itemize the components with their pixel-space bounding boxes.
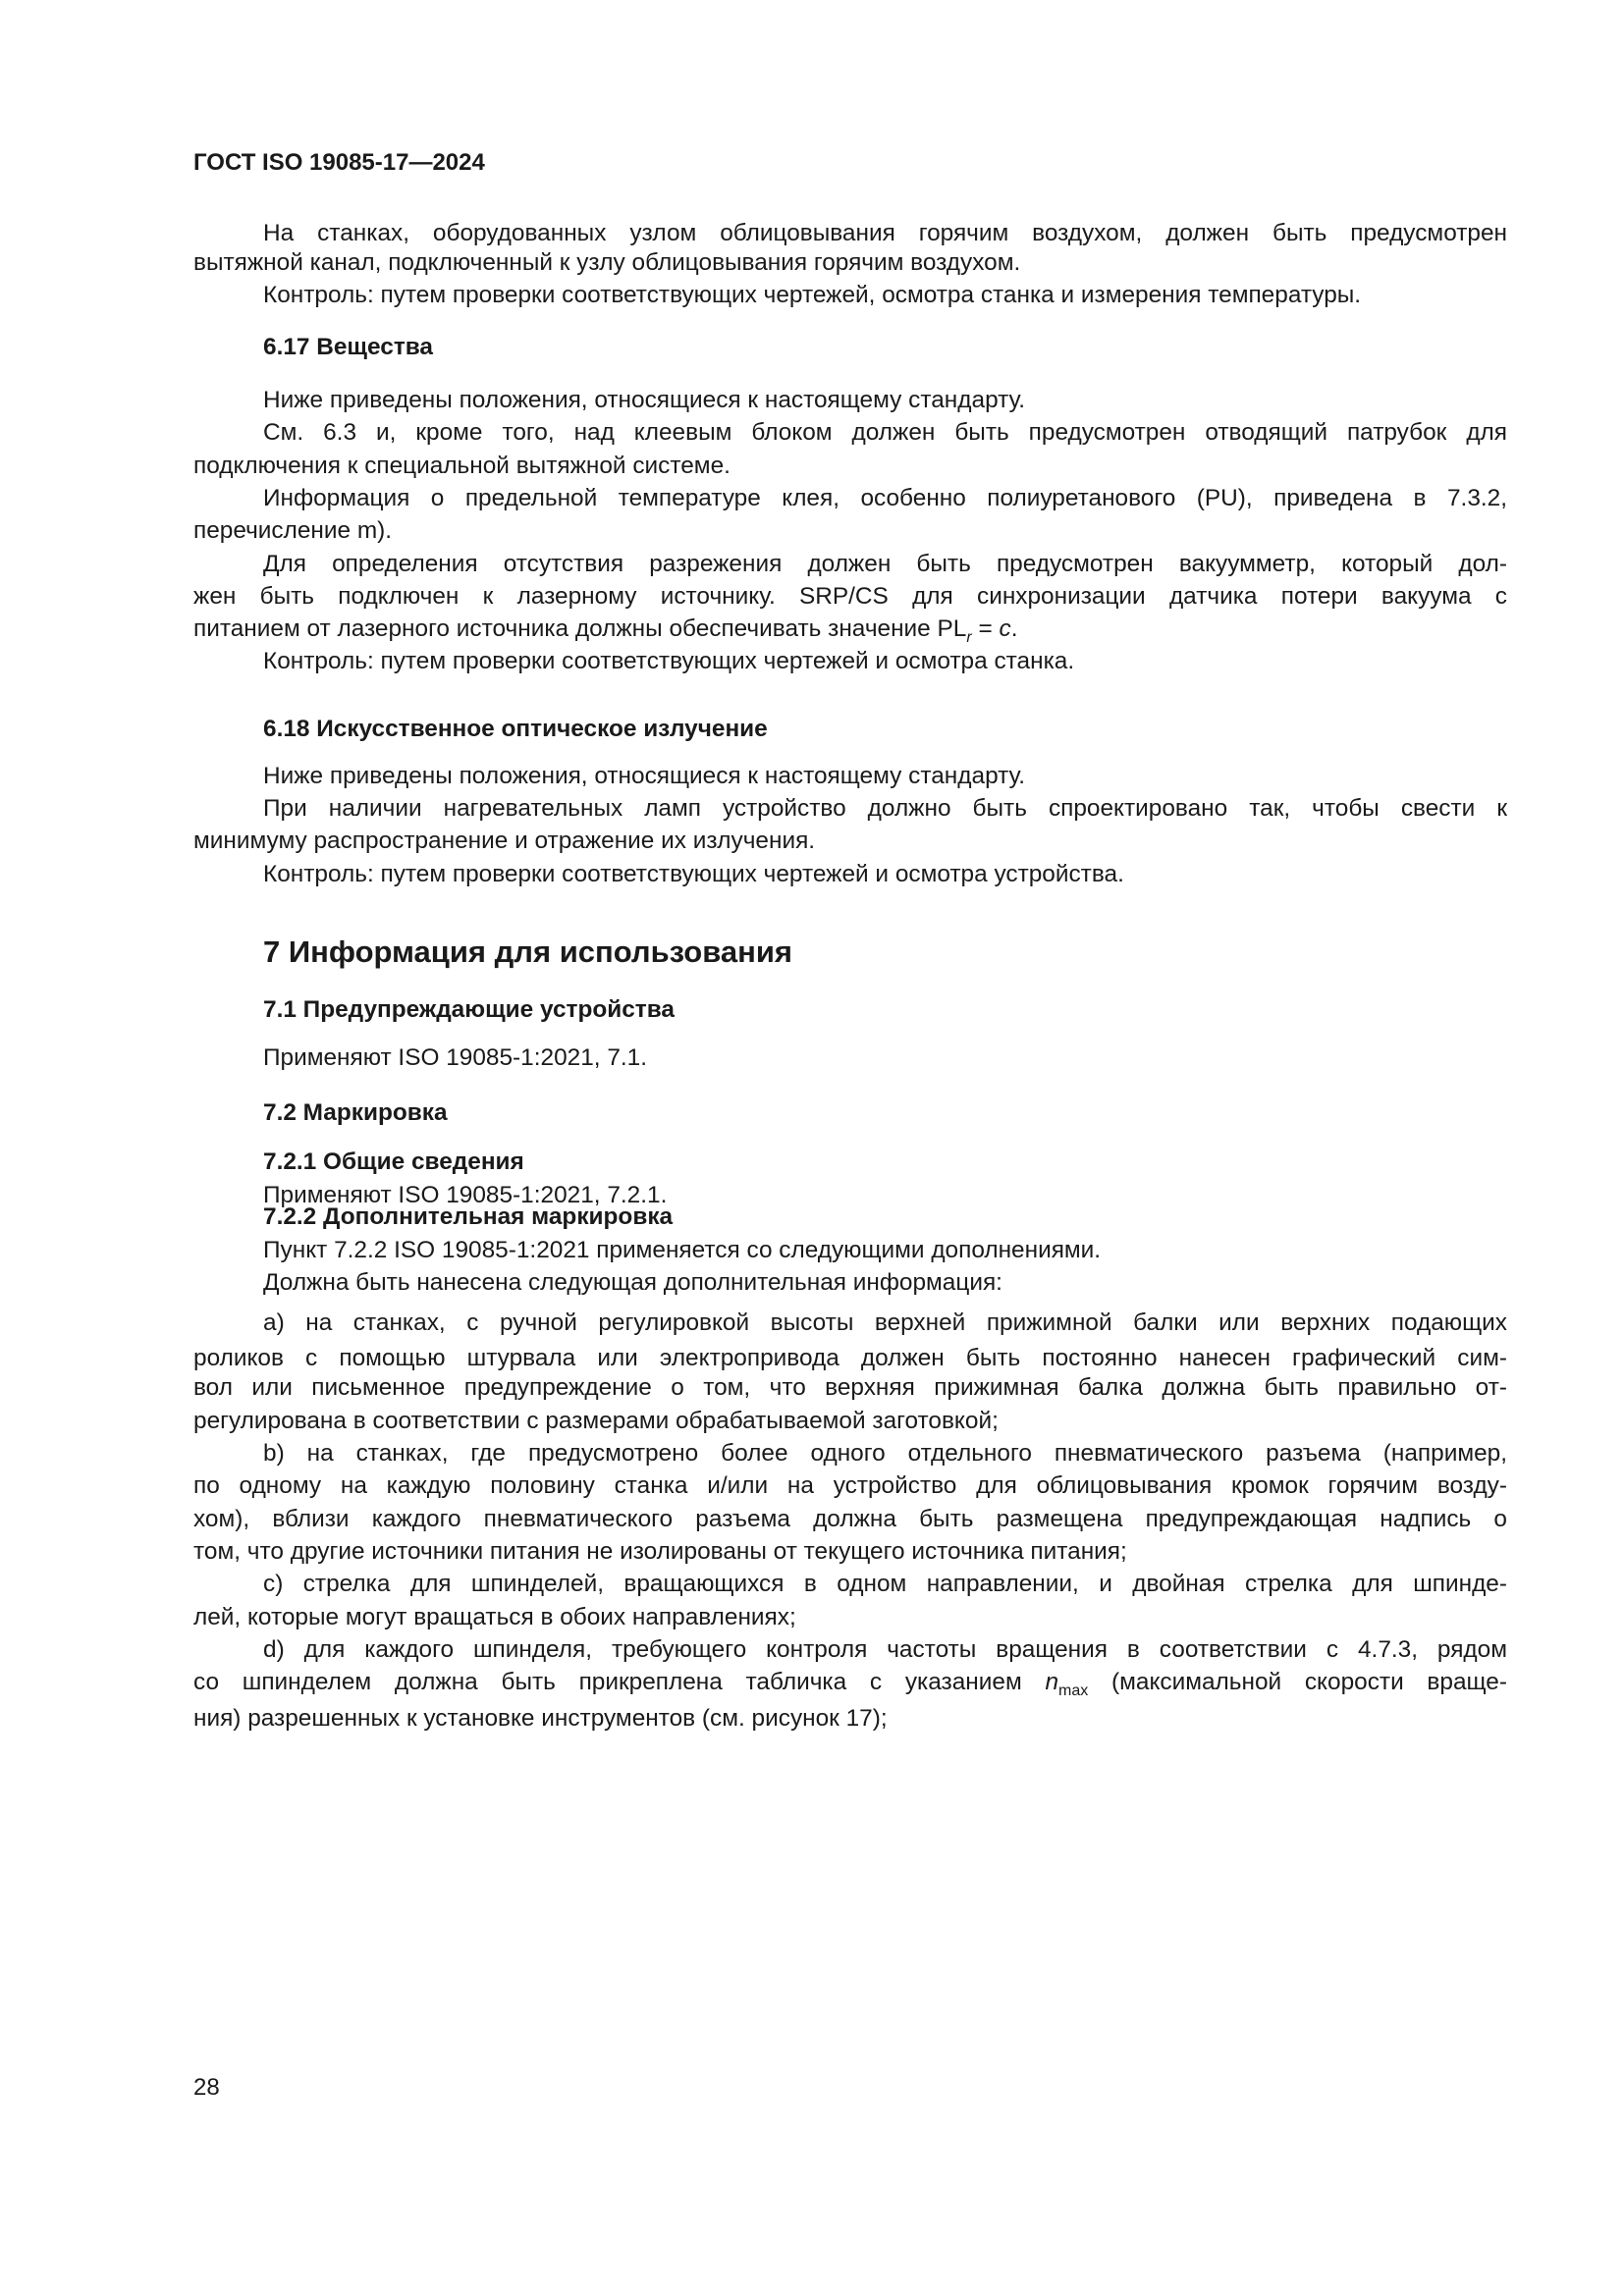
paragraph-line: питанием от лазерного источника должны о… — [193, 615, 1507, 643]
list-item-b: b) на станках, где предусмотрено более о… — [263, 1440, 1507, 1468]
paragraph-line: Контроль: путем проверки соответствующих… — [263, 282, 1507, 309]
paragraph-line: При наличии нагревательных ламп устройст… — [263, 795, 1507, 823]
section-heading-7-1: 7.1 Предупреждающие устройства — [263, 996, 675, 1024]
paragraph-line: Для определения отсутствия разрежения до… — [263, 551, 1507, 578]
document-page: ГОСТ ISO 19085-17—2024 На станках, обору… — [0, 0, 1624, 2296]
paragraph-line: Пункт 7.2.2 ISO 19085-1:2021 применяется… — [263, 1237, 1507, 1264]
paragraph-line: том, что другие источники питания не изо… — [193, 1538, 1507, 1566]
pl-end: . — [1011, 615, 1018, 642]
nmax-after: (максимальной скорости враще- — [1088, 1669, 1507, 1695]
paragraph-line: См. 6.3 и, кроме того, над клеевым блоко… — [263, 419, 1507, 447]
section-heading-6-18: 6.18 Искусственное оптическое излучение — [263, 716, 768, 743]
paragraph-line: Контроль: путем проверки соответствующих… — [263, 648, 1507, 675]
paragraph-line: лей, которые могут вращаться в обоих нап… — [193, 1604, 1507, 1631]
paragraph-line: Ниже приведены положения, относящиеся к … — [263, 763, 1507, 790]
paragraph-line: Ниже приведены положения, относящиеся к … — [263, 387, 1507, 414]
paragraph-line: Контроль: путем проверки соответствующих… — [263, 861, 1507, 888]
list-item-a: a) на станках, с ручной регулировкой выс… — [263, 1309, 1507, 1337]
paragraph-line: подключения к специальной вытяжной систе… — [193, 453, 1507, 480]
nmax-text: со шпинделем должна быть прикреплена таб… — [193, 1669, 1045, 1695]
paragraph-line: вытяжной канал, подключенный к узлу обли… — [193, 249, 1507, 277]
list-item-d: d) для каждого шпинделя, требующего конт… — [263, 1636, 1507, 1664]
chapter-heading-7: 7 Информация для использования — [263, 934, 792, 970]
section-heading-7-2-2: 7.2.2 Дополнительная маркировка — [263, 1203, 673, 1231]
paragraph-line: регулирована в соответствии с размерами … — [193, 1408, 1507, 1435]
paragraph-line: Информация о предельной температуре клея… — [263, 485, 1507, 512]
pl-equals: = — [972, 615, 1000, 642]
paragraph-line: роликов с помощью штурвала или электропр… — [193, 1345, 1507, 1372]
paragraph-line: минимуму распространение и отражение их … — [193, 828, 1507, 855]
section-heading-7-2: 7.2 Маркировка — [263, 1099, 448, 1127]
paragraph-line: жен быть подключен к лазерному источнику… — [193, 583, 1507, 611]
pl-value: c — [999, 615, 1010, 642]
paragraph-line: На станках, оборудованных узлом облицовы… — [263, 220, 1507, 247]
section-heading-7-2-1: 7.2.1 Общие сведения — [263, 1148, 524, 1176]
paragraph-line: вол или письменное предупреждение о том,… — [193, 1374, 1507, 1402]
paragraph-line: Применяют ISO 19085-1:2021, 7.1. — [263, 1044, 1507, 1072]
page-number: 28 — [193, 2074, 220, 2102]
document-header: ГОСТ ISO 19085-17—2024 — [193, 149, 485, 177]
pl-text: питанием от лазерного источника должны о… — [193, 615, 966, 642]
paragraph-line: Должна быть нанесена следующая дополните… — [263, 1269, 1507, 1297]
paragraph-line: хом), вблизи каждого пневматического раз… — [193, 1506, 1507, 1533]
paragraph-line: со шпинделем должна быть прикреплена таб… — [193, 1669, 1507, 1696]
paragraph-line: по одному на каждую половину станка и/ил… — [193, 1472, 1507, 1500]
section-heading-6-17: 6.17 Вещества — [263, 334, 433, 361]
paragraph-line: перечисление m). — [193, 517, 1507, 545]
paragraph-line: ния) разрешенных к установке инструменто… — [193, 1705, 1507, 1733]
nmax-subscript: max — [1058, 1682, 1088, 1696]
list-item-c: c) стрелка для шпинделей, вращающихся в … — [263, 1571, 1507, 1598]
nmax-symbol: n — [1045, 1669, 1058, 1695]
